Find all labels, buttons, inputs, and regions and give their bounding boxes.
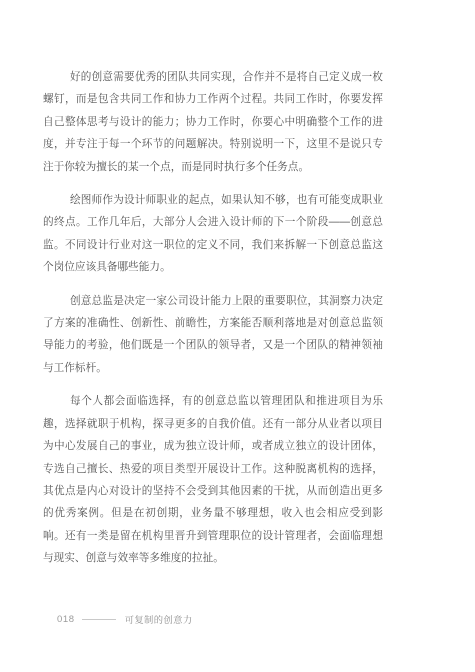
page-body-text: 好的创意需要优秀的团队共同实现，合作并不是将自己定义成一枚螺钉，而是包含共同工作… (43, 66, 383, 570)
book-title: 可复制的创意力 (125, 612, 193, 626)
paragraph-teamwork: 好的创意需要优秀的团队共同实现，合作并不是将自己定义成一枚螺钉，而是包含共同工作… (43, 66, 383, 178)
book-page: 好的创意需要优秀的团队共同实现，合作并不是将自己定义成一枚螺钉，而是包含共同工作… (0, 0, 475, 672)
footer-divider-rule (82, 619, 116, 620)
paragraph-creative-director-role: 创意总监是决定一家公司设计能力上限的重要职位，其洞察力决定了方案的准确性、创新性… (43, 290, 383, 380)
paragraph-career-path: 绘图师作为设计师职业的起点，如果认知不够，也有可能变成职业的终点。工作几年后，大… (43, 189, 383, 279)
page-number: 018 (57, 614, 75, 625)
page-footer: 018 可复制的创意力 (57, 612, 193, 626)
paragraph-career-choices: 每个人都会面临选择，有的创意总监以管理团队和推进项目为乐趣，选择就职于机构，探寻… (43, 390, 383, 569)
